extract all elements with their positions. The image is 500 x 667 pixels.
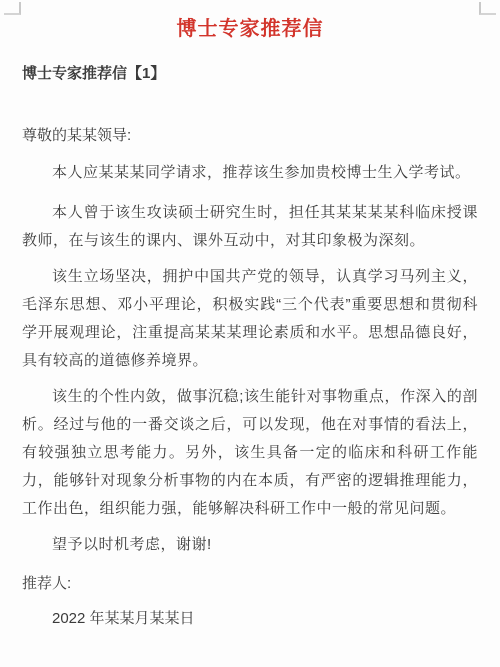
date-line: 2022 年某某月某某日 <box>22 605 478 633</box>
salutation-line: 尊敬的某某领导: <box>22 122 478 150</box>
letter-body: 博士专家推荐信 博士专家推荐信【1】 尊敬的某某领导: 本人应某某某同学请求，推… <box>0 0 500 633</box>
recommender-label: 推荐人: <box>22 570 478 598</box>
paragraph-background: 本人曾于该生攻读硕士研究生时，担任其某某某某科临床授课教师，在与该生的课内、课外… <box>22 199 478 255</box>
paragraph-request: 本人应某某某同学请求，推荐该生参加贵校博士生入学考试。 <box>22 159 478 187</box>
letter-subtitle: 博士专家推荐信【1】 <box>22 60 478 88</box>
paragraph-personality-ability: 该生的个性内敛，做事沉稳;该生能针对事物重点，作深入的剖析。经过与他的一番交谈之… <box>22 383 478 523</box>
paragraph-closing-thanks: 望予以时机考虑，谢谢! <box>22 531 478 559</box>
document-page: 博士专家推荐信 博士专家推荐信【1】 尊敬的某某领导: 本人应某某某同学请求，推… <box>0 0 500 667</box>
page-title: 博士专家推荐信 <box>22 15 478 43</box>
paragraph-political-quality: 该生立场坚决，拥护中国共产党的领导，认真学习马列主义，毛泽东思想、邓小平理论，积… <box>22 263 478 375</box>
